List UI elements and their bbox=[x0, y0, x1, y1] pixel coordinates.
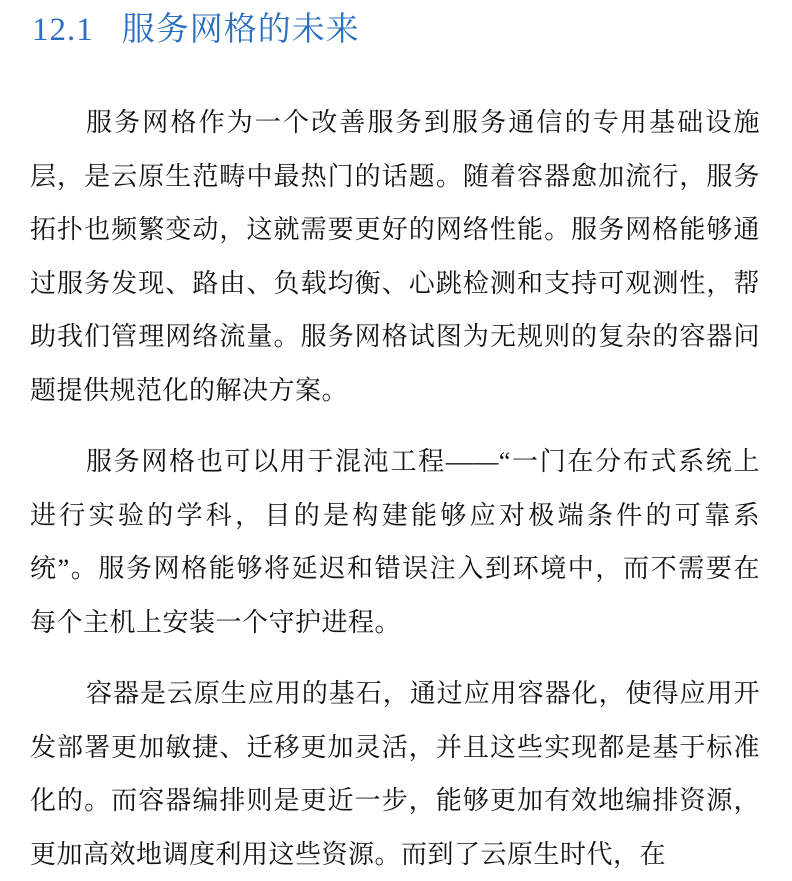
paragraph: 服务网格作为一个改善服务到服务通信的专用基础设施层，是云原生范畴中最热门的话题。… bbox=[30, 96, 760, 417]
paragraph: 服务网格也可以用于混沌工程——“一门在分布式系统上进行实验的学科，目的是构建能够… bbox=[30, 435, 760, 649]
text-line: 进行实验的学科，目的是构建能够应对极端条件的可靠系 bbox=[30, 489, 760, 543]
section-heading: 12.1服务网格的未来 bbox=[32, 8, 760, 52]
text-line: 发部署更加敏捷、迁移更加灵活，并且这些实现都是基于标准 bbox=[30, 721, 760, 775]
document-body: 服务网格作为一个改善服务到服务通信的专用基础设施层，是云原生范畴中最热门的话题。… bbox=[30, 96, 760, 881]
text-line: 更加高效地调度利用这些资源。而到了云原生时代，在 bbox=[30, 828, 760, 881]
text-line: 助我们管理网络流量。服务网格试图为无规则的复杂的容器问 bbox=[30, 310, 760, 364]
text-line: 化的。而容器编排则是更近一步，能够更加有效地编排资源， bbox=[30, 774, 760, 828]
text-line: 每个主机上安装一个守护进程。 bbox=[30, 596, 760, 650]
section-number: 12.1 bbox=[32, 12, 94, 48]
text-line: 拓扑也频繁变动，这就需要更好的网络性能。服务网格能够通 bbox=[30, 203, 760, 257]
paragraph: 容器是云原生应用的基石，通过应用容器化，使得应用开发部署更加敏捷、迁移更加灵活，… bbox=[30, 667, 760, 881]
text-line: 服务网格作为一个改善服务到服务通信的专用基础设施 bbox=[30, 96, 760, 150]
text-line: 统”。服务网格能够将延迟和错误注入到环境中，而不需要在 bbox=[30, 542, 760, 596]
text-line: 题提供规范化的解决方案。 bbox=[30, 364, 760, 418]
text-line: 层，是云原生范畴中最热门的话题。随着容器愈加流行，服务 bbox=[30, 150, 760, 204]
document-page: 12.1服务网格的未来 服务网格作为一个改善服务到服务通信的专用基础设施层，是云… bbox=[0, 0, 792, 881]
text-line: 过服务发现、路由、负载均衡、心跳检测和支持可观测性，帮 bbox=[30, 257, 760, 311]
text-line: 服务网格也可以用于混沌工程——“一门在分布式系统上 bbox=[30, 435, 760, 489]
section-title: 服务网格的未来 bbox=[122, 12, 360, 48]
text-line: 容器是云原生应用的基石，通过应用容器化，使得应用开 bbox=[30, 667, 760, 721]
